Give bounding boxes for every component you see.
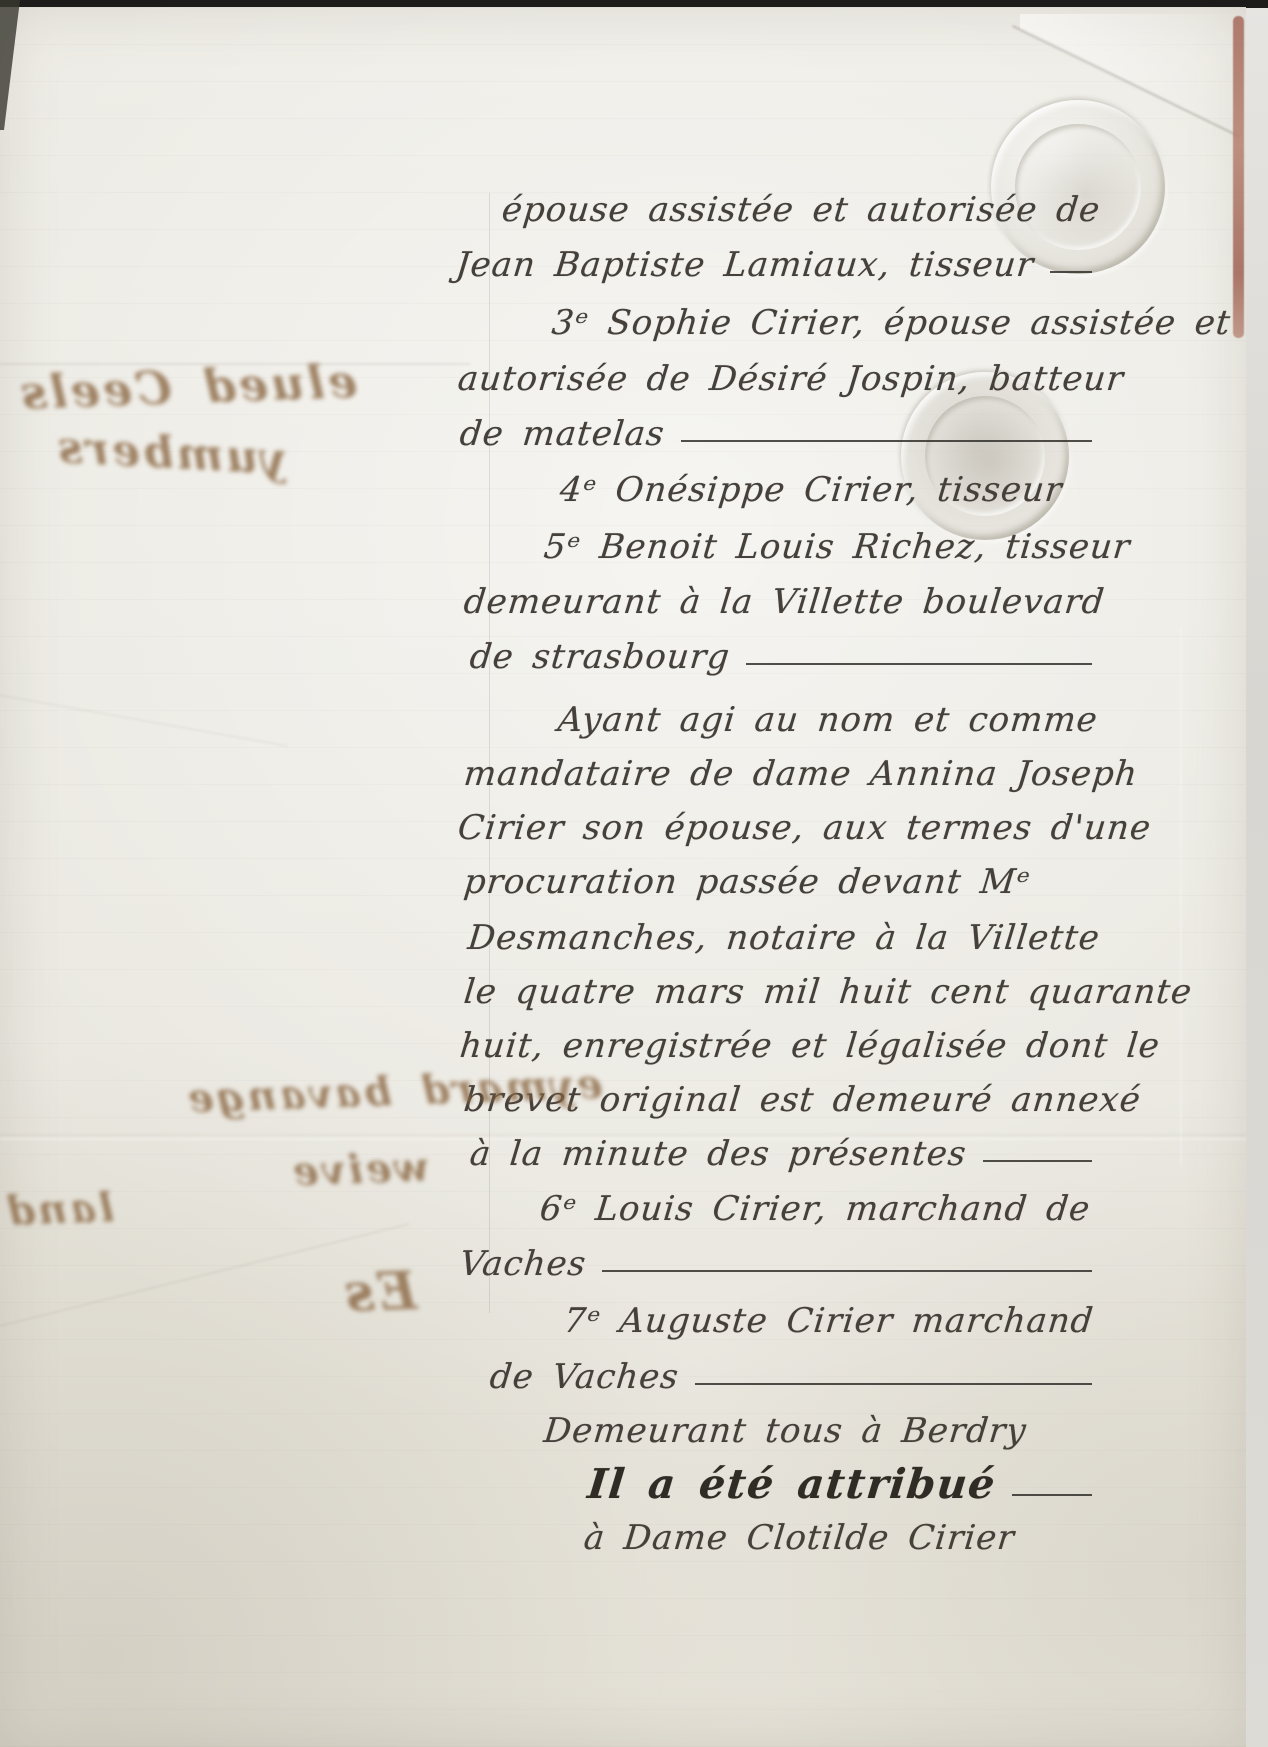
manuscript-line: de Vaches bbox=[490, 1357, 1096, 1397]
line-text: autorisée de Désiré Jospin, batteur bbox=[456, 359, 1126, 399]
manuscript-line: à la minute des présentes bbox=[470, 1134, 1096, 1174]
line-text: épouse assistée et autorisée de bbox=[500, 190, 1102, 230]
fill-rule bbox=[983, 1160, 1092, 1162]
line-text: Desmanches, notaire à la Villette bbox=[466, 918, 1102, 958]
manuscript-line: 7ᵉ Auguste Cirier marchand bbox=[564, 1301, 1096, 1341]
line-text: Jean Baptiste Lamiaux, tisseur bbox=[454, 245, 1036, 285]
line-text: 6ᵉ Louis Cirier, marchand de bbox=[538, 1189, 1092, 1229]
line-text: 7ᵉ Auguste Cirier marchand bbox=[562, 1301, 1096, 1341]
manuscript-line: de matelas bbox=[460, 414, 1096, 454]
manuscript-line: Jean Baptiste Lamiaux, tisseur bbox=[456, 245, 1096, 285]
manuscript-line: 3ᵉ Sophie Cirier, épouse assistée et bbox=[552, 303, 1096, 343]
fill-rule bbox=[695, 1383, 1092, 1385]
line-text: Il a été attribué bbox=[585, 1460, 998, 1508]
line-text: de matelas bbox=[458, 414, 667, 454]
line-text: huit, enregistrée et légalisée dont le bbox=[458, 1026, 1162, 1066]
line-text: à Dame Clotilde Cirier bbox=[582, 1518, 1017, 1558]
manuscript-line: demeurant à la Villette boulevard bbox=[464, 582, 1096, 622]
manuscript-line: huit, enregistrée et légalisée dont le bbox=[460, 1026, 1096, 1066]
manuscript-line: Ayant agi au nom et comme bbox=[558, 700, 1096, 740]
line-text: de strasbourg bbox=[468, 637, 732, 677]
manuscript-line: mandataire de dame Annina Joseph bbox=[464, 754, 1096, 794]
manuscript-line: 5ᵉ Benoit Louis Richez, tisseur bbox=[544, 527, 1096, 567]
line-text: 5ᵉ Benoit Louis Richez, tisseur bbox=[542, 527, 1132, 567]
fill-rule bbox=[602, 1270, 1092, 1272]
manuscript-line: de strasbourg bbox=[470, 637, 1096, 677]
line-text: de Vaches bbox=[488, 1357, 681, 1397]
fill-rule bbox=[1050, 271, 1092, 273]
scanner-background bbox=[1244, 0, 1268, 1747]
manuscript-line: 4ᵉ Onésippe Cirier, tisseur bbox=[560, 470, 1096, 510]
manuscript-line: Desmanches, notaire à la Villette bbox=[468, 918, 1096, 958]
crease-line bbox=[1180, 627, 1182, 1167]
line-text: demeurant à la Villette boulevard bbox=[462, 582, 1107, 622]
manuscript-line: à Dame Clotilde Cirier bbox=[584, 1518, 1096, 1558]
manuscript-line: Vaches bbox=[460, 1244, 1096, 1284]
seal-inner-ring bbox=[1015, 124, 1140, 249]
fill-rule bbox=[746, 663, 1092, 665]
manuscript-line: Il a été attribué bbox=[588, 1460, 1096, 1508]
line-text: le quatre mars mil huit cent quarante bbox=[462, 972, 1194, 1012]
manuscript-line: épouse assistée et autorisée de bbox=[502, 190, 1096, 230]
line-text: mandataire de dame Annina Joseph bbox=[462, 754, 1140, 794]
line-text: procuration passée devant Mᵉ bbox=[462, 862, 1033, 902]
ink-bleedthrough: land bbox=[3, 1184, 115, 1235]
fill-rule bbox=[1012, 1494, 1092, 1496]
manuscript-line: procuration passée devant Mᵉ bbox=[464, 862, 1096, 902]
manuscript-line: le quatre mars mil huit cent quarante bbox=[464, 972, 1096, 1012]
line-text: 4ᵉ Onésippe Cirier, tisseur bbox=[558, 470, 1064, 510]
crease-line bbox=[0, 693, 288, 747]
ink-bleedthrough: Es bbox=[341, 1261, 418, 1325]
line-text: Ayant agi au nom et comme bbox=[556, 700, 1100, 740]
manuscript-line: autorisée de Désiré Jospin, batteur bbox=[458, 359, 1096, 399]
line-text: Demeurant tous à Berdry bbox=[542, 1411, 1029, 1451]
manuscript-line: Cirier son épouse, aux termes d'une bbox=[458, 808, 1096, 848]
fill-rule bbox=[681, 440, 1092, 442]
manuscript-line: Demeurant tous à Berdry bbox=[544, 1411, 1096, 1451]
ink-bleedthrough: weive bbox=[289, 1144, 429, 1196]
red-page-edge bbox=[1233, 16, 1244, 338]
line-text: 3ᵉ Sophie Cirier, épouse assistée et bbox=[550, 303, 1233, 343]
manuscript-line: 6ᵉ Louis Cirier, marchand de bbox=[540, 1189, 1096, 1229]
line-text: Cirier son épouse, aux termes d'une bbox=[456, 808, 1153, 848]
line-text: à la minute des présentes bbox=[468, 1134, 969, 1174]
line-text: Vaches bbox=[458, 1244, 588, 1284]
